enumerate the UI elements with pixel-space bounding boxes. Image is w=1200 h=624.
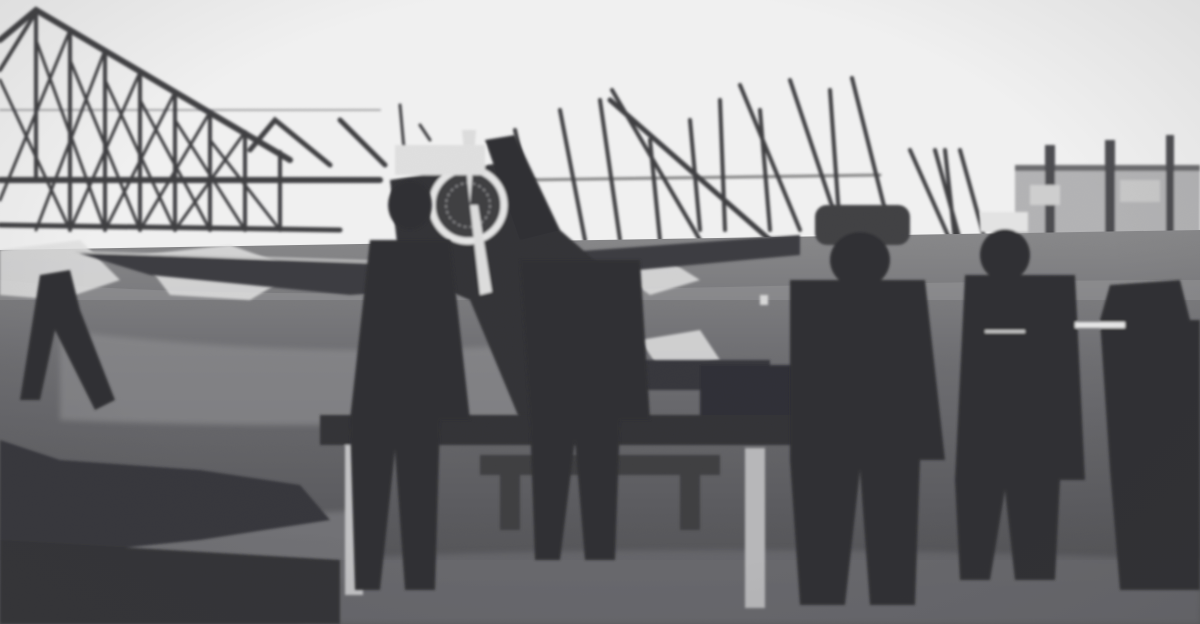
photograph: Black-and-white photograph: destroyed st… — [0, 0, 1200, 624]
photo-scene — [0, 0, 1200, 624]
